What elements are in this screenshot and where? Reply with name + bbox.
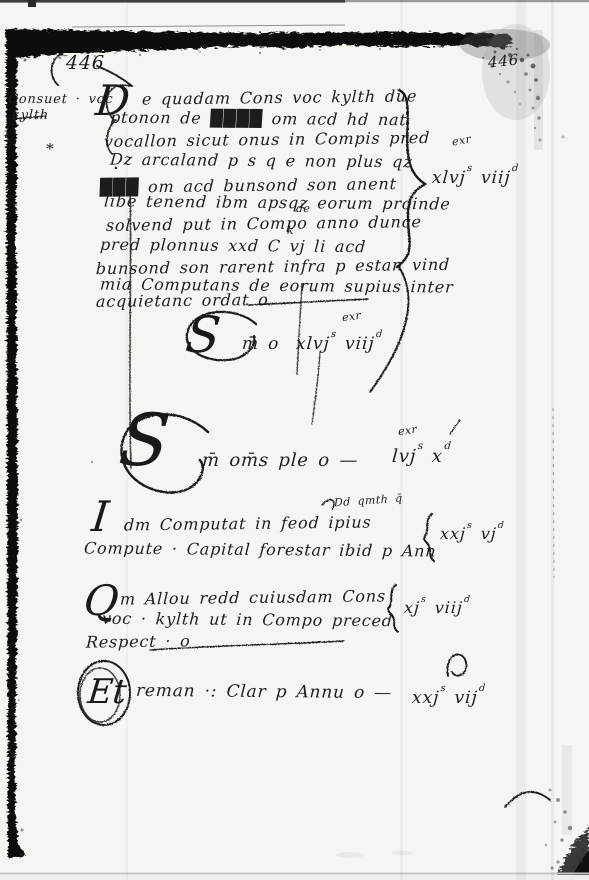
fold-crease-line — [553, 408, 554, 578]
amount-sum-first: xlvjsviijd — [295, 334, 382, 354]
entry-line: libe tenend ibm apsqz eorum proinde — [104, 191, 452, 213]
copy-streak — [516, 0, 526, 880]
entry-line: Respect · o — [86, 631, 191, 651]
amount-main-entry: xlvjsviijd — [431, 168, 518, 188]
entry-line: voc · kylth ut in Compo preced — [101, 609, 393, 631]
margin-asterisk-mark: * — [46, 140, 55, 158]
entry-line: acquietanc ordat o — [96, 290, 269, 311]
margin-note-line2: kylth — [12, 108, 50, 123]
entry3-initial: Et — [86, 672, 129, 712]
interlinear-note: Dd qmth q̄ — [334, 492, 403, 510]
entry-line: ptonon de ████ om acd hd nat — [109, 108, 407, 130]
interlinear-note: de — [296, 202, 311, 215]
amount-entry1: xxjsvjd — [439, 524, 504, 543]
sum-total-initial: S — [116, 398, 174, 482]
scan-edge-top — [0, 0, 589, 27]
entry-line: vocallon sicut onus in Compis pred — [104, 128, 431, 151]
bottom-right-smudge — [336, 745, 589, 878]
sum-first-label: m̄ o — [241, 334, 279, 354]
top-right-corner-smudge — [460, 24, 565, 150]
examiner-mark: exr — [451, 132, 472, 148]
entry-line: Compute · Capital forestar ibid p Ann — [84, 538, 438, 560]
interlinear-note: k — [287, 224, 295, 237]
sum-total-label: m̄ om̄s ple o — — [201, 450, 358, 471]
folio-number-left: 446 — [65, 52, 105, 74]
examiner-mark: exr — [341, 309, 361, 325]
entry-line: pred plonnus xxd C vj li acd — [99, 235, 366, 256]
amount-entry3: xxjsvijd — [411, 688, 486, 708]
entry-line: reman ·: Clar p Annu o — — [135, 681, 392, 703]
amount-sum-total: lvjsxd — [391, 446, 451, 467]
copy-streak — [551, 0, 554, 880]
sum-first-initial: S — [183, 306, 223, 364]
amount-entry2: xjsviijd — [403, 598, 470, 617]
entry-line: solvend put in Compo anno dunce — [106, 212, 423, 235]
examiner-mark: exr — [397, 423, 417, 439]
folio-number-right: 446 — [488, 50, 520, 71]
left-edge-strip — [6, 30, 26, 858]
manuscript-scan-page: 446 446 Consuet · voc kylth * D e quadam… — [0, 0, 589, 880]
entry-line: e quadam Cons voc kylth due — [142, 86, 418, 108]
entry-line: Dz arcaland p s q e non plus qz — [109, 150, 413, 172]
entry-line: m Allou redd cuiusdam Cons — [120, 586, 387, 608]
entry-line: dm Computat in feod ipius — [124, 512, 372, 534]
entry1-initial: I — [89, 492, 111, 541]
scan-edge-bottom — [0, 874, 589, 880]
